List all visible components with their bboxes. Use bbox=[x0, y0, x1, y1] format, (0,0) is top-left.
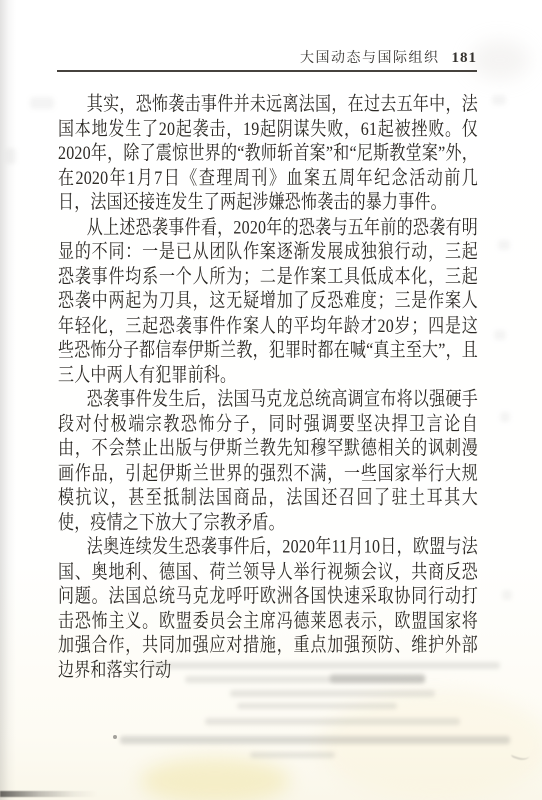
bleed-through-ghost bbox=[205, 718, 460, 725]
scan-shadow-left-edge bbox=[0, 0, 16, 800]
bleed-through-ghost bbox=[230, 690, 435, 697]
bleed-through-ghost bbox=[492, 95, 506, 105]
bleed-through-ghost bbox=[30, 97, 54, 109]
page-number: 181 bbox=[452, 50, 478, 67]
header-rule bbox=[57, 70, 477, 72]
page-header: 大国动态与国际组织181 bbox=[57, 47, 477, 67]
bleed-through-ghost bbox=[120, 736, 510, 744]
bleed-through-ghost bbox=[6, 148, 16, 164]
paper-stain bbox=[320, 690, 542, 800]
bleed-through-ghost bbox=[250, 752, 335, 758]
scanned-book-page: 大国动态与国际组织181 其实，恐怖袭击事件并未远离法国，在过去五年中，法国本地… bbox=[0, 0, 542, 800]
bleed-through-ghost bbox=[502, 590, 512, 600]
paragraph: 从上述恐袭事件看，2020年的恐袭与五年前的恐袭有明显的不同：一是已从团队作案逐… bbox=[58, 216, 478, 388]
scan-mark-bottom-left bbox=[0, 791, 98, 797]
paper-stain bbox=[140, 758, 290, 800]
bleed-through-ghost bbox=[494, 330, 506, 340]
body-text: 其实，恐怖袭击事件并未远离法国，在过去五年中，法国本地发生了20起袭击，19起阴… bbox=[58, 93, 478, 683]
paper-stain bbox=[470, 40, 530, 80]
ink-speck bbox=[113, 735, 117, 739]
bleed-through-ghost bbox=[500, 412, 510, 422]
paragraph: 法奥连续发生恐袭事件后，2020年11月10日，欧盟与法国、奥地利、德国、荷兰领… bbox=[58, 536, 478, 684]
bleed-through-ghost bbox=[498, 240, 510, 250]
running-title: 大国动态与国际组织 bbox=[300, 51, 440, 66]
bleed-through-ghost bbox=[237, 703, 397, 709]
paragraph: 恐袭事件发生后，法国马克龙总统高调宣布将以强硬手段对付极端宗教恐怖分子，同时强调… bbox=[58, 388, 478, 536]
paragraph: 其实，恐怖袭击事件并未远离法国，在过去五年中，法国本地发生了20起袭击，19起阴… bbox=[58, 93, 478, 216]
scan-curl-mark bbox=[511, 746, 532, 763]
